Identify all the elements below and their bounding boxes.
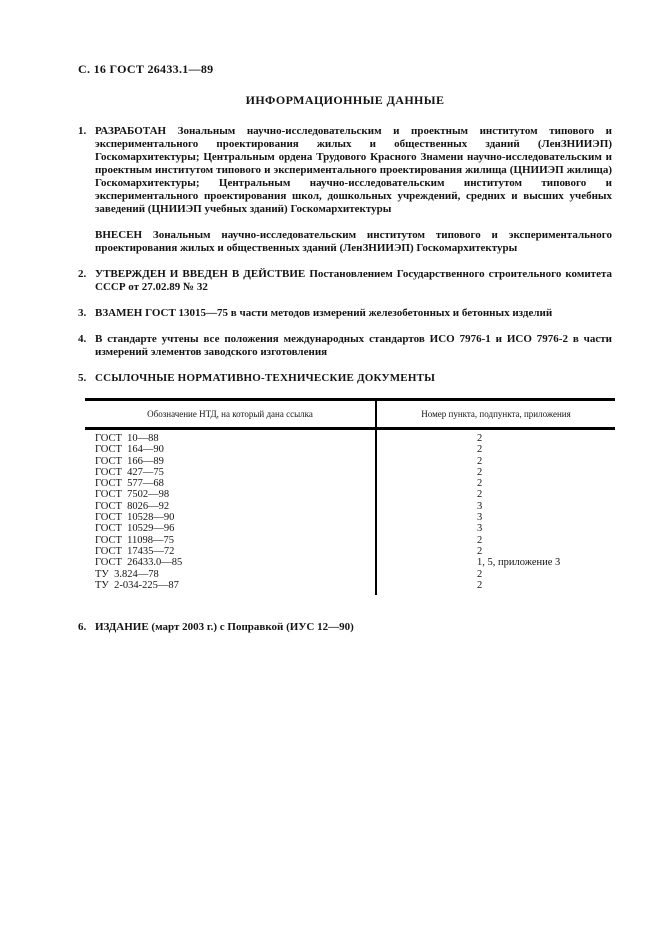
clause-reference-cell: 2: [376, 489, 615, 500]
item-number: 6.: [78, 621, 95, 634]
clause-reference-cell: 2: [376, 546, 615, 557]
ntd-designation-cell: ГОСТ 17435—72: [85, 546, 376, 557]
clause-reference-cell: 3: [376, 501, 615, 512]
clause-reference-cell: 2: [376, 535, 615, 546]
table-header-row: Обозначение НТД, на который дана ссылка …: [85, 400, 615, 429]
item-number: 2.: [78, 268, 95, 294]
list-item-5-references-heading: 5. ССЫЛОЧНЫЕ НОРМАТИВНО-ТЕХНИЧЕСКИЕ ДОКУ…: [78, 372, 612, 385]
ntd-designation-cell: ГОСТ 10529—96: [85, 523, 376, 534]
references-table-body: ГОСТ 10—88 2 ГОСТ 164—90 2 ГОСТ 166—89 2…: [85, 429, 615, 596]
table-row: ГОСТ 8026—92 3: [85, 501, 615, 512]
table-row: ТУ 3.824—78 2: [85, 569, 615, 580]
item-text: УТВЕРЖДЕН И ВВЕДЕН В ДЕЙСТВИЕ Постановле…: [95, 268, 612, 294]
list-item-1: 1. РАЗРАБОТАН Зональным научно-исследова…: [78, 125, 612, 255]
item-text: В стандарте учтены все положения междуна…: [95, 333, 612, 359]
clause-reference-cell: 2: [376, 444, 615, 455]
clause-reference-cell: 2: [376, 569, 615, 580]
table-row: ГОСТ 10529—96 3: [85, 523, 615, 534]
document-page: С. 16 ГОСТ 26433.1—89 ИНФОРМАЦИОННЫЕ ДАН…: [0, 0, 661, 936]
running-header: С. 16 ГОСТ 26433.1—89: [78, 62, 612, 76]
item-text: ВЗАМЕН ГОСТ 13015—75 в части методов изм…: [95, 307, 612, 320]
ntd-designation-cell: ГОСТ 10—88: [85, 429, 376, 445]
ntd-designation-cell: ТУ 3.824—78: [85, 569, 376, 580]
page-title: ИНФОРМАЦИОННЫЕ ДАННЫЕ: [78, 93, 612, 108]
ntd-designation-cell: ГОСТ 7502—98: [85, 489, 376, 500]
item-number: 5.: [78, 372, 95, 385]
item-number: 1.: [78, 125, 95, 255]
ntd-designation-cell: ГОСТ 164—90: [85, 444, 376, 455]
clause-reference-cell: 1, 5, приложение 3: [376, 557, 615, 568]
ntd-designation-cell: ГОСТ 8026—92: [85, 501, 376, 512]
item-number: 3.: [78, 307, 95, 320]
ntd-designation-cell: ГОСТ 26433.0—85: [85, 557, 376, 568]
clause-reference-cell: 3: [376, 523, 615, 534]
table-row: ГОСТ 26433.0—85 1, 5, приложение 3: [85, 557, 615, 568]
references-table: Обозначение НТД, на который дана ссылка …: [85, 398, 615, 595]
table-row: ГОСТ 427—75 2: [85, 467, 615, 478]
page-content: С. 16 ГОСТ 26433.1—89 ИНФОРМАЦИОННЫЕ ДАН…: [78, 62, 612, 634]
table-row: ГОСТ 7502—98 2: [85, 489, 615, 500]
column-header-ntd-designation: Обозначение НТД, на который дана ссылка: [85, 400, 376, 429]
clause-reference-cell: 3: [376, 512, 615, 523]
table-row: ГОСТ 10528—90 3: [85, 512, 615, 523]
clause-reference-cell: 2: [376, 580, 615, 595]
table-row: ГОСТ 166—89 2: [85, 456, 615, 467]
item-number: 4.: [78, 333, 95, 359]
item-paragraph-developed: РАЗРАБОТАН Зональным научно-исследовател…: [95, 125, 612, 216]
ntd-designation-cell: ГОСТ 577—68: [85, 478, 376, 489]
clause-reference-cell: 2: [376, 429, 615, 445]
ntd-designation-cell: ГОСТ 11098—75: [85, 535, 376, 546]
ntd-designation-cell: ГОСТ 166—89: [85, 456, 376, 467]
list-item-2: 2. УТВЕРЖДЕН И ВВЕДЕН В ДЕЙСТВИЕ Постано…: [78, 268, 612, 294]
column-header-clause-number: Номер пункта, подпункта, приложения: [376, 400, 615, 429]
ntd-designation-cell: ГОСТ 427—75: [85, 467, 376, 478]
table-row: ГОСТ 17435—72 2: [85, 546, 615, 557]
ntd-designation-cell: ТУ 2-034-225—87: [85, 580, 376, 595]
list-item-3: 3. ВЗАМЕН ГОСТ 13015—75 в части методов …: [78, 307, 612, 320]
clause-reference-cell: 2: [376, 467, 615, 478]
table-row: ГОСТ 164—90 2: [85, 444, 615, 455]
item-text: РАЗРАБОТАН Зональным научно-исследовател…: [95, 125, 612, 255]
references-table-head: Обозначение НТД, на который дана ссылка …: [85, 400, 615, 429]
table-row: ГОСТ 11098—75 2: [85, 535, 615, 546]
clause-reference-cell: 2: [376, 456, 615, 467]
list-item-6: 6. ИЗДАНИЕ (март 2003 г.) с Поправкой (И…: [78, 621, 612, 634]
ntd-designation-cell: ГОСТ 10528—90: [85, 512, 376, 523]
table-row: ГОСТ 10—88 2: [85, 429, 615, 445]
list-item-4: 4. В стандарте учтены все положения межд…: [78, 333, 612, 359]
item-paragraph-submitted: ВНЕСЕН Зональным научно-исследовательски…: [95, 229, 612, 255]
item-text: ИЗДАНИЕ (март 2003 г.) с Поправкой (ИУС …: [95, 621, 612, 634]
table-row: ТУ 2-034-225—87 2: [85, 580, 615, 595]
clause-reference-cell: 2: [376, 478, 615, 489]
section-heading-text: ССЫЛОЧНЫЕ НОРМАТИВНО-ТЕХНИЧЕСКИЕ ДОКУМЕН…: [95, 372, 612, 385]
table-row: ГОСТ 577—68 2: [85, 478, 615, 489]
